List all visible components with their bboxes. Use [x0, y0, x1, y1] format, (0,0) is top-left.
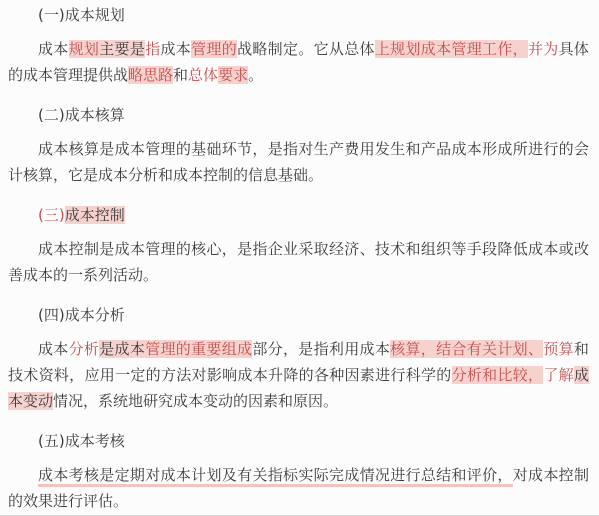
section-paragraph: 成本控制是成本管理的核心，是指企业采取经济、技术和组织等手段降低成本或改善成本的… — [8, 236, 589, 288]
heading-text-run: (一)成本规划 — [38, 6, 125, 24]
document-content: (一)成本规划成本规划主要是指成本管理的战略制定。它从总体上规划成本管理工作，并… — [8, 2, 589, 514]
body-text-run: 成本控制是成本管理的核心，是指企业采取经济、技术和组织等手段降低成本或改善成本的… — [8, 240, 589, 284]
body-text-run: 情况，系统地研究成本变动的因素和原因。 — [53, 392, 338, 410]
body-text-run: 要求 — [218, 66, 248, 84]
body-text-run: 规划 — [69, 40, 100, 58]
heading-text-run: (五)成本考核 — [38, 432, 125, 450]
section-paragraph: 成本核算是成本管理的基础环节，是指对生产费用发生和产品成本形成所进行的会计核算，… — [8, 136, 589, 188]
heading-text-run: (三) — [38, 206, 65, 224]
body-text-run: 并为 — [528, 40, 559, 58]
body-text-run: 总体 — [188, 66, 218, 84]
section-heading: (四)成本分析 — [8, 302, 589, 328]
body-text-run: 管理的重要组成 — [145, 340, 252, 358]
body-text-run: 是成本 — [99, 340, 145, 358]
body-text-run: 部分，是指利用成本 — [252, 340, 390, 358]
body-text-run: 分析和比较， — [452, 366, 544, 384]
section-heading: (二)成本核算 — [8, 102, 589, 128]
body-text-run: 指 — [145, 40, 160, 58]
section-heading: (五)成本考核 — [8, 428, 589, 454]
heading-text-run: 成本控制 — [65, 206, 125, 224]
body-text-run: 。 — [248, 66, 263, 84]
heading-text-run: (二)成本核算 — [38, 106, 125, 124]
heading-text-run: (四)成本分析 — [38, 306, 125, 324]
section-paragraph: 成本分析是成本管理的重要组成部分，是指利用成本核算，结合有关计划、预算和技术资料… — [8, 336, 589, 414]
body-text-run: 和 — [173, 66, 188, 84]
section-paragraph: 成本考核是定期对成本计划及有关指标实际完成情况进行总结和评价，对成本控制的效果进… — [8, 462, 589, 514]
body-text-run: 成本 — [38, 340, 69, 358]
body-text-run: 成本 — [161, 40, 192, 58]
body-text-run: 上规划成本管理工作， — [375, 40, 528, 58]
section-heading: (一)成本规划 — [8, 2, 589, 28]
body-text-run: 成本 — [38, 40, 69, 58]
body-text-run: 略思路 — [128, 66, 173, 84]
body-text-run: 预算 — [543, 340, 574, 358]
section-paragraph: 成本规划主要是指成本管理的战略制定。它从总体上规划成本管理工作，并为具体的成本管… — [8, 36, 589, 88]
body-text-run: 分析 — [69, 340, 100, 358]
document-page: (一)成本规划成本规划主要是指成本管理的战略制定。它从总体上规划成本管理工作，并… — [0, 0, 599, 516]
body-text-run: 核算，结合有关计划、 — [390, 340, 543, 358]
section-heading: (三)成本控制 — [8, 202, 589, 228]
body-text-run: 战略制定。它从总体 — [237, 40, 375, 58]
body-text-run: 管理的 — [191, 40, 237, 58]
body-text-run: 主要是 — [99, 40, 145, 58]
body-text-run: 成本核算是成本管理的基础环节，是指对生产费用发生和产品成本形成所进行的会计核算，… — [8, 140, 589, 184]
body-text-run: 了解 — [543, 366, 574, 384]
body-text-run: 成本考核是定期对成本计划及有关指标实际完成情况进行总结和评价， — [38, 466, 513, 487]
